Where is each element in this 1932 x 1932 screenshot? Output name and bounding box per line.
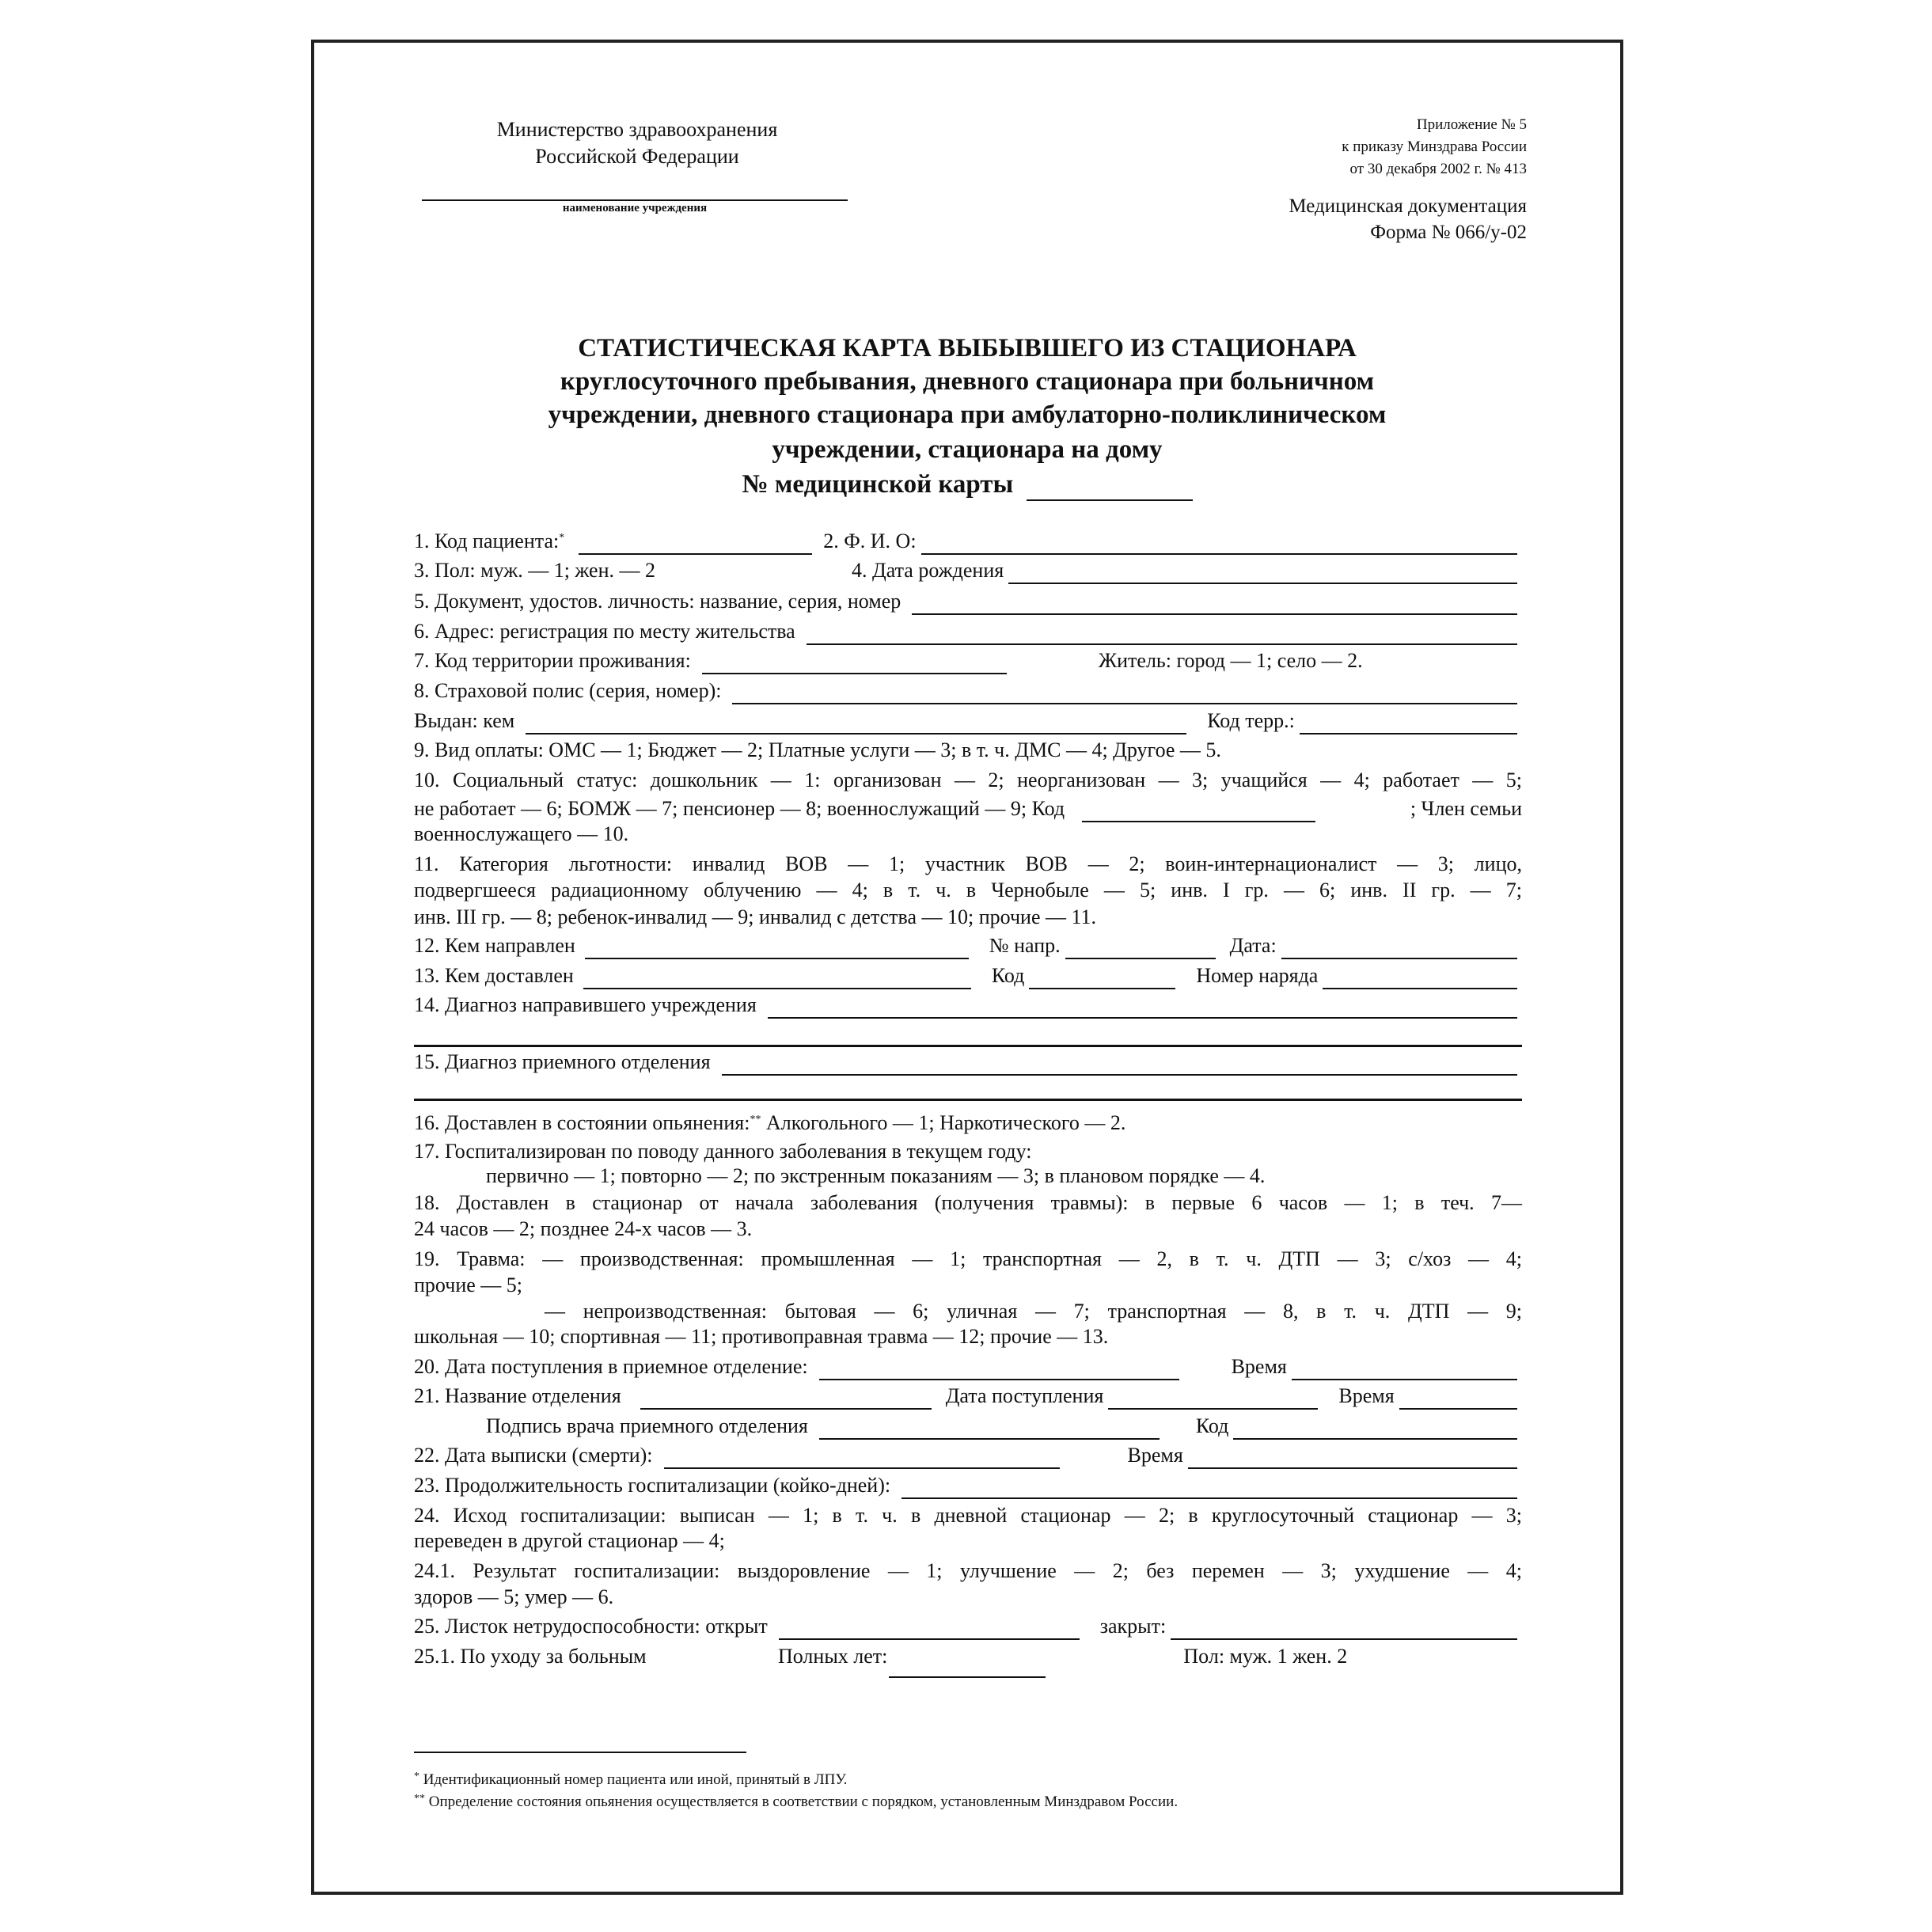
outcome-line-1: 24. Исход госпитализации: выписан — 1; в…	[414, 1502, 1522, 1529]
care-sex-label: Пол: муж. 1 жен. 2	[1183, 1643, 1347, 1670]
row-5: 5. Документ, удостов. личность: название…	[414, 588, 1522, 615]
department-date-label: Дата поступления	[946, 1383, 1104, 1410]
footnote-2-text: Определение состояния опьянения осуществ…	[429, 1793, 1178, 1810]
row-13: 13. Кем доставлен Код Номер наряда	[414, 962, 1522, 989]
intoxication-options: Алкогольного — 1; Наркотического — 2.	[766, 1111, 1125, 1134]
care-age-label: Полных лет:	[778, 1643, 887, 1670]
row-23: 23. Продолжительность госпитализации (ко…	[414, 1472, 1522, 1499]
hospitalization-line-2: первично — 1; повторно — 2; по экстренны…	[486, 1163, 1265, 1190]
stay-duration-label: 23. Продолжительность госпитализации (ко…	[414, 1472, 890, 1499]
social-status-code-field[interactable]	[1082, 800, 1315, 822]
row-6: 6. Адрес: регистрация по месту жительств…	[414, 618, 1522, 645]
row-22: 22. Дата выписки (смерти): Время	[414, 1442, 1522, 1469]
care-label: 25.1. По уходу за больным	[414, 1643, 778, 1670]
referral-diagnosis-field-2[interactable]	[414, 1045, 1522, 1047]
referred-by-field[interactable]	[585, 937, 969, 959]
benefit-category-line-1: 11. Категория льготности: инвалид ВОВ — …	[414, 851, 1522, 878]
row-25: 25. Листок нетрудоспособности: открыт за…	[414, 1613, 1522, 1640]
doctor-signature-label: Подпись врача приемного отделения	[486, 1413, 808, 1440]
row-12: 12. Кем направлен № напр. Дата:	[414, 932, 1522, 959]
footnote-2: ** Определение состояния опьянения осуще…	[414, 1792, 1178, 1812]
discharge-time-field[interactable]	[1188, 1447, 1517, 1469]
delivered-by-label: 13. Кем доставлен	[414, 962, 574, 989]
referral-date-field[interactable]	[1281, 937, 1517, 959]
issued-by-label: Выдан: кем	[414, 708, 514, 734]
doctor-signature-field[interactable]	[819, 1418, 1160, 1440]
footnote-mark: *	[559, 532, 564, 544]
title-line-4: учреждении, стационара на дому	[311, 433, 1623, 466]
delivery-time-line-1: 18. Доставлен в стационар от начала забо…	[414, 1190, 1522, 1217]
department-time-label: Время	[1338, 1383, 1394, 1410]
admission-time-field[interactable]	[1292, 1358, 1517, 1380]
admission-time-label: Время	[1232, 1353, 1287, 1380]
department-date-field[interactable]	[1108, 1387, 1318, 1410]
hospitalization-line-1: 17. Госпитализирован по поводу данного з…	[414, 1138, 1032, 1165]
stay-duration-field[interactable]	[901, 1477, 1517, 1499]
doctor-code-field[interactable]	[1233, 1418, 1517, 1440]
referral-number-field[interactable]	[1065, 937, 1216, 959]
family-member-label: ; Член семьи	[1410, 795, 1522, 822]
full-name-label: 2. Ф. И. О:	[823, 528, 916, 555]
injury-line-1: 19. Травма: — производственная: промышле…	[414, 1246, 1522, 1273]
footnote-1-text: Идентификационный номер пациента или ино…	[423, 1771, 848, 1788]
insurance-policy-label: 8. Страховой полис (серия, номер):	[414, 678, 721, 704]
order-number-field[interactable]	[1323, 967, 1517, 989]
row-15: 15. Диагноз приемного отделения	[414, 1049, 1522, 1076]
care-age-field[interactable]	[889, 1656, 1046, 1678]
department-field[interactable]	[640, 1387, 932, 1410]
social-status-line-3: военнослужащего — 10.	[414, 821, 628, 848]
doc-type: Медицинская документация	[1289, 193, 1527, 219]
institution-name-field[interactable]	[422, 199, 848, 201]
birth-date-label: 4. Дата рождения	[852, 557, 1004, 584]
admission-date-field[interactable]	[819, 1358, 1179, 1380]
institution-caption: наименование учреждения	[422, 202, 848, 215]
row-signature: Подпись врача приемного отделения Код	[486, 1413, 1522, 1440]
benefit-category-line-2: подвергшееся радиационному облучению — 4…	[414, 877, 1522, 904]
intoxication-label: 16. Доставлен в состоянии опьянения:	[414, 1111, 750, 1134]
appendix-block: Приложение № 5 к приказу Минздрава Росси…	[1342, 114, 1527, 180]
benefit-category-line-3: инв. III гр. — 8; ребенок-инвалид — 9; и…	[414, 904, 1096, 931]
footnote-rule	[414, 1752, 746, 1753]
discharge-date-label: 22. Дата выписки (смерти):	[414, 1442, 653, 1469]
id-document-field[interactable]	[912, 593, 1517, 615]
doctor-code-label: Код	[1196, 1413, 1229, 1440]
card-number-field[interactable]	[1027, 476, 1193, 501]
appendix-line-1: Приложение № 5	[1342, 114, 1527, 136]
footnote-mark: **	[414, 1793, 425, 1805]
result-line-1: 24.1. Результат госпитализации: выздоров…	[414, 1558, 1522, 1585]
ministry-line-2: Российской Федерации	[416, 143, 859, 170]
delivery-code-field[interactable]	[1029, 967, 1175, 989]
form-number: Форма № 066/у-02	[1289, 219, 1527, 245]
delivery-time-line-2: 24 часов — 2; позднее 24-х часов — 3.	[414, 1216, 752, 1243]
social-status-line-2: не работает — 6; БОМЖ — 7; пенсионер — 8…	[414, 795, 1522, 822]
row-8: 8. Страховой полис (серия, номер):	[414, 678, 1522, 704]
footnote-mark: **	[750, 1114, 761, 1125]
referral-date-label: Дата:	[1230, 932, 1277, 959]
outcome-line-2: переведен в другой стационар — 4;	[414, 1528, 725, 1554]
patient-code-field[interactable]	[579, 533, 812, 555]
admission-diagnosis-label: 15. Диагноз приемного отделения	[414, 1049, 711, 1076]
title-line-3: учреждении, дневного стационара при амбу…	[311, 398, 1623, 431]
sick-leave-opened-field[interactable]	[779, 1618, 1080, 1640]
footnote-mark: *	[414, 1771, 419, 1782]
department-label: 21. Название отделения	[414, 1383, 621, 1410]
social-status-line-1: 10. Социальный статус: дошкольник — 1: о…	[414, 767, 1522, 794]
admission-diagnosis-field[interactable]	[722, 1053, 1517, 1076]
title-line-1: СТАТИСТИЧЕСКАЯ КАРТА ВЫБЫВШЕГО ИЗ СТАЦИО…	[311, 332, 1623, 365]
form-id-block: Медицинская документация Форма № 066/у-0…	[1289, 193, 1527, 245]
result-line-2: здоров — 5; умер — 6.	[414, 1584, 613, 1611]
referral-diagnosis-field[interactable]	[768, 996, 1517, 1019]
row-20: 20. Дата поступления в приемное отделени…	[414, 1353, 1522, 1380]
admission-diagnosis-field-2[interactable]	[414, 1099, 1522, 1101]
ministry-name: Министерство здравоохранения Российской …	[416, 116, 859, 170]
row-21: 21. Название отделения Дата поступления …	[414, 1383, 1522, 1410]
row-1-2: 1. Код пациента:* 2. Ф. И. О:	[414, 528, 1522, 555]
address-label: 6. Адрес: регистрация по месту жительств…	[414, 618, 795, 645]
sick-leave-opened-label: 25. Листок нетрудоспособности: открыт	[414, 1613, 768, 1640]
sex-label: 3. Пол: муж. — 1; жен. — 2	[414, 557, 852, 584]
delivered-by-field[interactable]	[583, 967, 971, 989]
patient-code-label: 1. Код пациента:*	[414, 528, 564, 555]
sick-leave-closed-field[interactable]	[1171, 1618, 1517, 1640]
insurance-policy-field[interactable]	[732, 682, 1517, 704]
order-number-label: Номер наряда	[1196, 962, 1318, 989]
row-7: 7. Код территории проживания: Житель: го…	[414, 647, 1522, 674]
row-25-1: 25.1. По уходу за больным Полных лет: По…	[414, 1643, 1522, 1670]
delivery-code-label: Код	[992, 962, 1025, 989]
payment-type: 9. Вид оплаты: ОМС — 1; Бюджет — 2; Плат…	[414, 737, 1221, 764]
discharge-time-label: Время	[1128, 1442, 1183, 1469]
terr-code-label: Код терр.:	[1207, 708, 1295, 734]
row-3-4: 3. Пол: муж. — 1; жен. — 2 4. Дата рожде…	[414, 557, 1522, 584]
territory-code-label: 7. Код территории проживания:	[414, 647, 691, 674]
injury-line-2: прочие — 5;	[414, 1272, 522, 1299]
id-document-label: 5. Документ, удостов. личность: название…	[414, 588, 901, 615]
department-time-field[interactable]	[1399, 1387, 1517, 1410]
sick-leave-closed-label: закрыт:	[1100, 1613, 1167, 1640]
appendix-line-3: от 30 декабря 2002 г. № 413	[1342, 158, 1527, 180]
ministry-line-1: Министерство здравоохранения	[416, 116, 859, 143]
address-field[interactable]	[807, 623, 1517, 645]
row-8b: Выдан: кем Код терр.:	[414, 708, 1522, 734]
referral-diagnosis-label: 14. Диагноз направившего учреждения	[414, 992, 757, 1019]
intoxication-row: 16. Доставлен в состоянии опьянения:** А…	[414, 1110, 1125, 1137]
admission-date-label: 20. Дата поступления в приемное отделени…	[414, 1353, 808, 1380]
injury-line-4: школьная — 10; спортивная — 11; противоп…	[414, 1323, 1108, 1350]
birth-date-field[interactable]	[1008, 562, 1517, 584]
footnote-1: * Идентификационный номер пациента или и…	[414, 1770, 847, 1790]
full-name-field[interactable]	[921, 533, 1517, 555]
card-number-label: № медицинской карты	[742, 470, 1014, 499]
referred-by-label: 12. Кем направлен	[414, 932, 575, 959]
issued-by-field[interactable]	[526, 712, 1186, 734]
referral-number-label: № напр.	[989, 932, 1061, 959]
resident-type-label: Житель: город — 1; село — 2.	[1099, 647, 1363, 674]
card-number-row: № медицинской карты	[311, 468, 1623, 501]
appendix-line-2: к приказу Минздрава России	[1342, 136, 1527, 158]
social-status-text: не работает — 6; БОМЖ — 7; пенсионер — 8…	[414, 795, 1065, 822]
title-line-2: круглосуточного пребывания, дневного ста…	[311, 365, 1623, 398]
injury-line-3: — непроизводственная: бытовая — 6; уличн…	[545, 1298, 1522, 1325]
row-14: 14. Диагноз направившего учреждения	[414, 992, 1522, 1019]
territory-code-field[interactable]	[702, 652, 1007, 674]
terr-code-field[interactable]	[1300, 712, 1517, 734]
discharge-date-field[interactable]	[664, 1447, 1060, 1469]
